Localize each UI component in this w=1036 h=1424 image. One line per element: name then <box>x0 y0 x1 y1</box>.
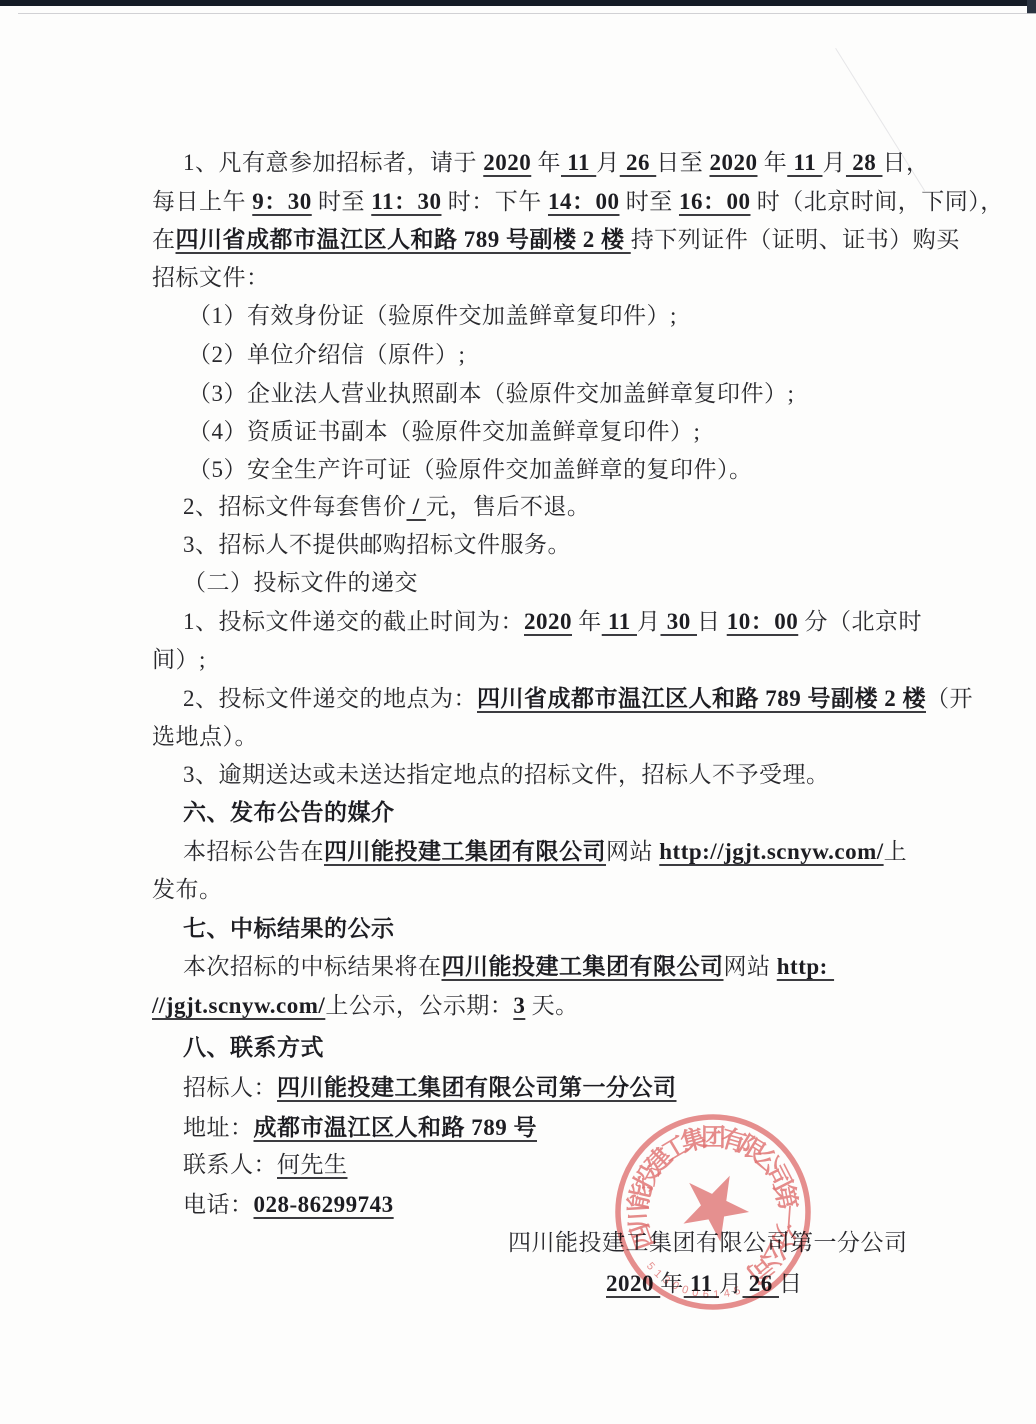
filled-in-value: 9：30 <box>252 189 312 214</box>
signature-date-line: 2020 年 11 月 26 日 <box>606 1269 802 1299</box>
text-segment: 分（北京时 <box>798 609 922 634</box>
contact-line: 联系人：何先生 <box>183 1150 348 1180</box>
filled-in-value: 14：00 <box>548 189 620 214</box>
text-segment: 日， <box>882 150 929 175</box>
text-segment: 年 <box>531 150 561 175</box>
doc-line: 1、凡有意参加招标者，请于 2020 年 11 月 26 日至 2020 年 1… <box>183 148 929 178</box>
doc-line: 3、招标人不提供邮购招标文件服务。 <box>183 530 571 560</box>
filled-in-value: 2020 <box>709 150 757 175</box>
text-segment: 月 <box>822 150 846 175</box>
phone-line: 电话：028-86299743 <box>183 1190 394 1220</box>
text-segment: 每日上午 <box>152 189 252 214</box>
doc-line: 2、投标文件递交的地点为：四川省成都市温江区人和路 789 号副楼 2 楼（开 <box>183 684 973 714</box>
text-segment: 年 <box>660 1271 684 1296</box>
text-segment: 2、招标文件每套售价 <box>183 494 407 519</box>
doc-line: 3、逾期送达或未送达指定地点的招标文件，招标人不予受理。 <box>183 760 830 790</box>
doc-line: （2）单位介绍信（原件）; <box>188 340 465 370</box>
filled-in-value: 四川能投建工集团有限公司第一分公司 <box>277 1075 677 1100</box>
text-segment: 年 <box>757 150 787 175</box>
filled-in-value: 成都市温江区人和路 789 号 <box>254 1115 538 1140</box>
text-segment: 八、联系方式 <box>183 1035 324 1060</box>
text-segment: 地址： <box>183 1115 254 1140</box>
filled-in-value: 11 <box>787 150 822 175</box>
filled-in-value: 11 <box>561 150 596 175</box>
text-segment: 本招标公告在 <box>183 839 324 864</box>
text-segment: 年 <box>572 609 602 634</box>
text-segment: 1、凡有意参加招标者，请于 <box>183 150 483 175</box>
tenderer-line: 招标人：四川能投建工集团有限公司第一分公司 <box>183 1073 677 1103</box>
text-segment: 月 <box>637 609 661 634</box>
text-segment: 本次招标的中标结果将在 <box>183 954 442 979</box>
doc-line: （4）资质证书副本（验原件交加盖鲜章复印件）; <box>188 417 700 447</box>
text-segment: 选地点）。 <box>152 724 258 749</box>
filled-in-value: 四川省成都市温江区人和路 789 号副楼 2 楼 <box>176 227 631 252</box>
doc-line: //jgjt.scnyw.com/上公示，公示期：3 天。 <box>152 991 579 1021</box>
filled-in-value: 26 <box>620 150 657 175</box>
filled-in-value: / <box>407 494 426 519</box>
filled-in-value: http://jgjt.scnyw.com/ <box>659 839 883 864</box>
address-line: 地址：成都市温江区人和路 789 号 <box>183 1113 537 1143</box>
doc-line: 本招标公告在四川能投建工集团有限公司网站 http://jgjt.scnyw.c… <box>183 837 907 867</box>
text-segment: 日 <box>697 609 727 634</box>
document-body: 1、凡有意参加招标者，请于 2020 年 11 月 26 日至 2020 年 1… <box>0 0 1036 1424</box>
text-segment: 月 <box>719 1271 743 1296</box>
doc-line: 1、投标文件递交的截止时间为：2020 年 11 月 30 日 10：00 分（… <box>183 607 922 637</box>
doc-line: 2、招标文件每套售价 / 元，售后不退。 <box>183 492 590 522</box>
filled-in-value: //jgjt.scnyw.com/ <box>152 993 325 1018</box>
doc-line: （5）安全生产许可证（验原件交加盖鲜章的复印件）。 <box>188 455 753 485</box>
filled-in-value: http: <box>777 954 834 979</box>
doc-line: 间）; <box>152 645 206 675</box>
doc-line: 在四川省成都市温江区人和路 789 号副楼 2 楼 持下列证件（证明、证书）购买 <box>152 225 960 255</box>
text-segment: 时至 <box>312 189 372 214</box>
section-heading-8: 八、联系方式 <box>183 1033 324 1063</box>
text-segment: （4）资质证书副本（验原件交加盖鲜章复印件）; <box>188 419 700 444</box>
text-segment: 时：下午 <box>441 189 548 214</box>
text-segment: 间）; <box>152 647 206 672</box>
text-segment: 网站 <box>724 954 777 979</box>
text-segment: 元，售后不退。 <box>426 494 591 519</box>
text-segment: 四川能投建工集团有限公司第一分公司 <box>508 1230 908 1255</box>
filled-in-value: 11 <box>684 1271 719 1296</box>
filled-in-value: 3 <box>513 993 525 1018</box>
text-segment: 联系人： <box>183 1152 277 1177</box>
doc-line: 本次招标的中标结果将在四川能投建工集团有限公司网站 http: <box>183 952 834 982</box>
text-segment: 六、发布公告的媒介 <box>183 800 395 825</box>
text-segment: 3、招标人不提供邮购招标文件服务。 <box>183 532 571 557</box>
text-segment: 七、中标结果的公示 <box>183 916 395 941</box>
doc-line: 选地点）。 <box>152 722 258 752</box>
text-segment: 天。 <box>525 993 578 1018</box>
text-segment: 月 <box>596 150 620 175</box>
text-segment: 发布。 <box>152 877 223 902</box>
doc-line: 每日上午 9：30 时至 11：30 时：下午 14：00 时至 16：00 时… <box>152 187 1004 217</box>
filled-in-value: 何先生 <box>277 1152 348 1177</box>
text-segment: 电话： <box>183 1192 254 1217</box>
text-segment: （开 <box>926 686 973 711</box>
text-segment: 3、逾期送达或未送达指定地点的招标文件，招标人不予受理。 <box>183 762 830 787</box>
filled-in-value: 11 <box>602 609 637 634</box>
filled-in-value: 四川能投建工集团有限公司 <box>442 954 724 979</box>
text-segment: 持下列证件（证明、证书）购买 <box>631 227 960 252</box>
section-heading-6: 六、发布公告的媒介 <box>183 798 395 828</box>
text-segment: 时（北京时间，下同）， <box>750 189 1003 214</box>
doc-line: 发布。 <box>152 875 223 905</box>
filled-in-value: 2020 <box>606 1271 660 1296</box>
doc-line: 招标文件： <box>152 263 270 293</box>
filled-in-value: 四川省成都市温江区人和路 789 号副楼 2 楼 <box>477 686 926 711</box>
filled-in-value: 2020 <box>483 150 531 175</box>
text-segment: 在 <box>152 227 176 252</box>
filled-in-value: 16：00 <box>679 189 751 214</box>
text-segment: （二）投标文件的递交 <box>183 570 418 595</box>
filled-in-value: 028-86299743 <box>254 1192 394 1217</box>
filled-in-value: 30 <box>660 609 697 634</box>
text-segment: 2、投标文件递交的地点为： <box>183 686 477 711</box>
scanned-tender-document-page: 1、凡有意参加招标者，请于 2020 年 11 月 26 日至 2020 年 1… <box>0 0 1036 1424</box>
text-segment: 时至 <box>619 189 679 214</box>
filled-in-value: 28 <box>846 150 883 175</box>
text-segment: 网站 <box>606 839 659 864</box>
text-segment: 日至 <box>656 150 709 175</box>
text-segment: （5）安全生产许可证（验原件交加盖鲜章的复印件）。 <box>188 457 753 482</box>
filled-in-value: 26 <box>742 1271 779 1296</box>
filled-in-value: 四川能投建工集团有限公司 <box>324 839 606 864</box>
text-segment: （2）单位介绍信（原件）; <box>188 342 465 367</box>
filled-in-value: 2020 <box>524 609 572 634</box>
text-segment: 日 <box>779 1271 803 1296</box>
text-segment: 招标人： <box>183 1075 277 1100</box>
text-segment: （3）企业法人营业执照副本（验原件交加盖鲜章复印件）; <box>188 381 794 406</box>
filled-in-value: 10：00 <box>727 609 799 634</box>
signature-company-line: 四川能投建工集团有限公司第一分公司 <box>508 1228 908 1258</box>
text-segment: 1、投标文件递交的截止时间为： <box>183 609 524 634</box>
text-segment: 上 <box>884 839 908 864</box>
filled-in-value: 11：30 <box>371 189 441 214</box>
text-segment: （1）有效身份证（验原件交加盖鲜章复印件）; <box>188 303 677 328</box>
text-segment: 招标文件： <box>152 265 270 290</box>
section-heading-7: 七、中标结果的公示 <box>183 914 395 944</box>
doc-line: （二）投标文件的递交 <box>183 568 418 598</box>
text-segment: 上公示，公示期： <box>325 993 513 1018</box>
doc-line: （1）有效身份证（验原件交加盖鲜章复印件）; <box>188 301 677 331</box>
doc-line: （3）企业法人营业执照副本（验原件交加盖鲜章复印件）; <box>188 379 794 409</box>
